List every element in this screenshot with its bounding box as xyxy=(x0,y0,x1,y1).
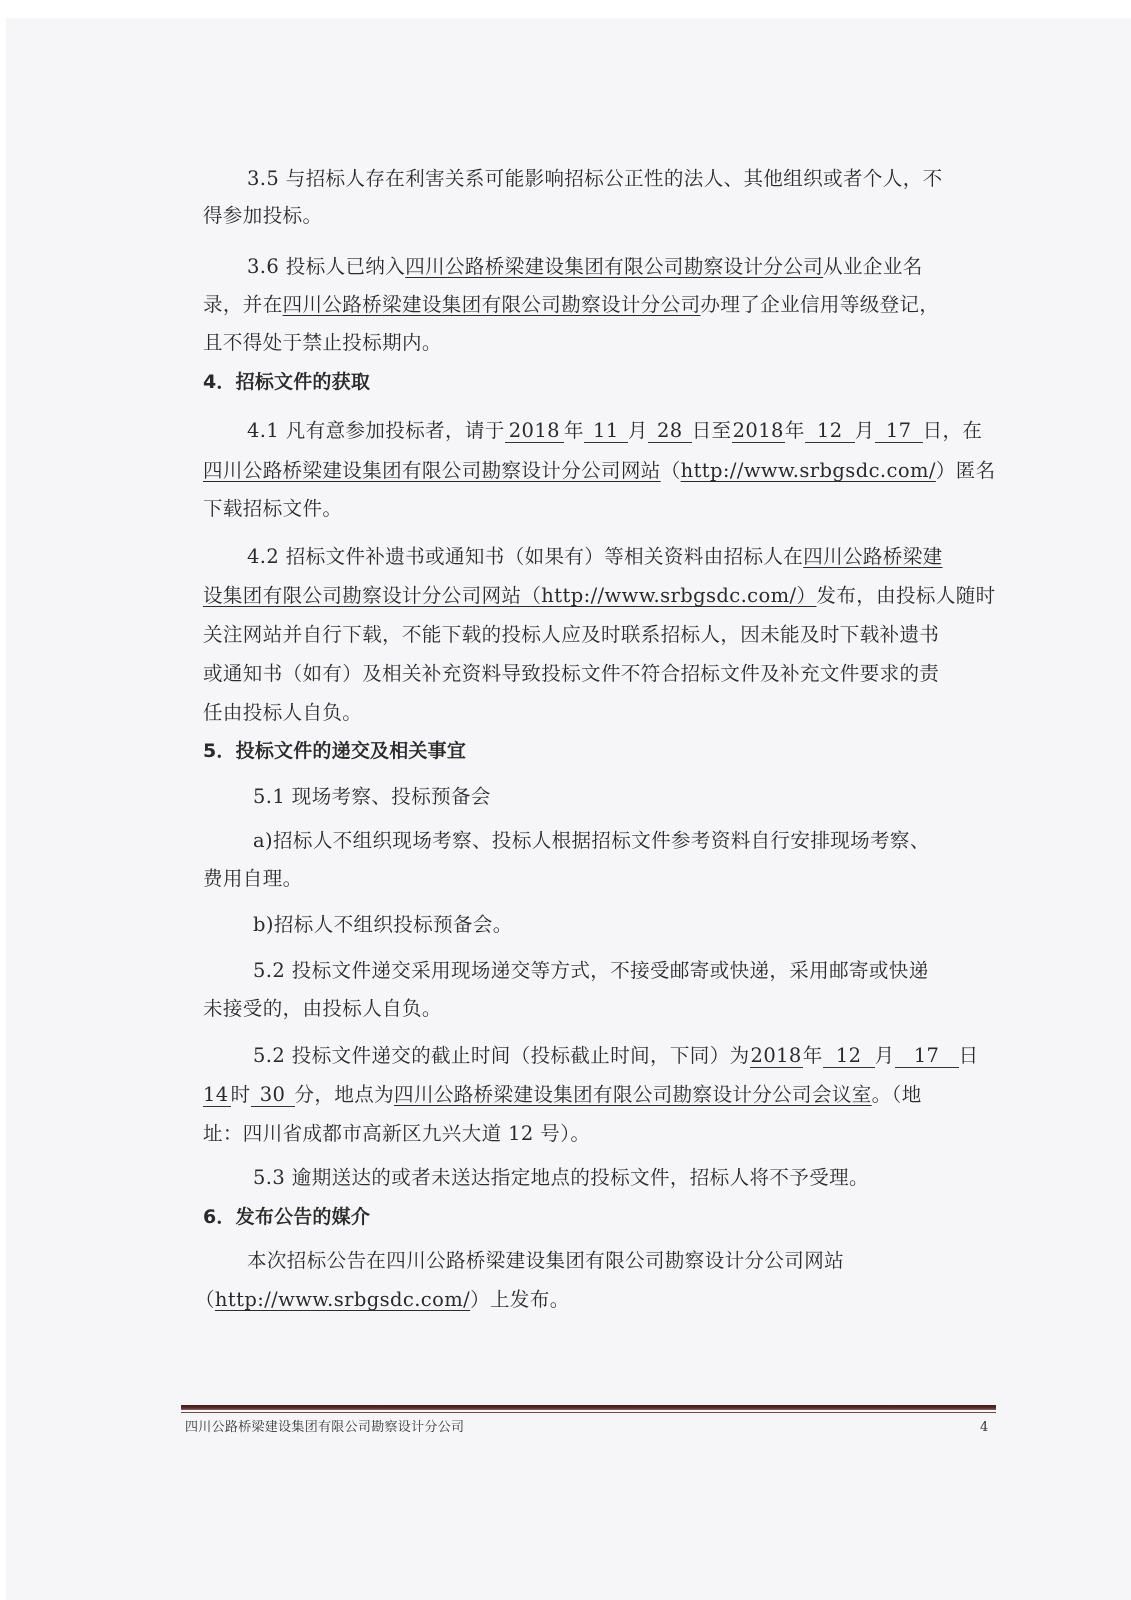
page-number: 4 xyxy=(980,1420,988,1435)
paragraph-5-1-b: b)招标人不组织投标预备会。 xyxy=(253,911,513,939)
footer-divider xyxy=(181,1405,996,1410)
text: 日至 xyxy=(692,419,732,442)
text: 发布，由投标人随时 xyxy=(816,584,995,607)
deadline-month: 12 xyxy=(823,1045,875,1068)
date-day-end: 17 xyxy=(875,420,923,443)
section-heading-5: 5．投标文件的递交及相关事宜 xyxy=(203,737,466,765)
paragraph-4-1-line-3: 下载招标文件。 xyxy=(203,495,342,523)
paragraph-4-1-line-2: 四川公路桥梁建设集团有限公司勘察设计分公司网站（http://www.srbgs… xyxy=(203,457,996,485)
text: 时 xyxy=(231,1083,251,1106)
text: 5.2 投标文件递交的截止时间（投标截止时间，下同）为 xyxy=(253,1044,750,1067)
text: （ xyxy=(661,459,681,482)
text: 4.1 凡有意参加投标者，请于 xyxy=(247,419,505,442)
deadline-minute: 30 xyxy=(251,1084,295,1107)
date-year-start: 2018 xyxy=(505,420,564,443)
company-website-name: 四川公路桥梁建 xyxy=(803,545,942,568)
text: （ xyxy=(195,1288,215,1311)
paragraph-3-6-line-3: 且不得处于禁止投标期内。 xyxy=(203,329,442,357)
text: 月 xyxy=(628,419,648,442)
paragraph-6-line-1: 本次招标公告在四川公路桥梁建设集团有限公司勘察设计分公司网站 xyxy=(247,1247,844,1275)
company-name-underlined: 四川公路桥梁建设集团有限公司勘察设计分公司 xyxy=(405,255,823,278)
date-month-start: 11 xyxy=(584,420,628,443)
footer-divider-thin xyxy=(181,1412,996,1413)
date-year-end: 2018 xyxy=(732,420,785,443)
deadline-hour: 14 xyxy=(203,1084,231,1107)
text: 月 xyxy=(875,1044,895,1067)
section-heading-6: 6．发布公告的媒介 xyxy=(203,1203,370,1231)
paragraph-4-2-line-1: 4.2 招标文件补遗书或通知书（如果有）等相关资料由招标人在四川公路桥梁建 xyxy=(247,543,943,571)
text: 从业企业名 xyxy=(823,255,923,278)
text: 录，并在 xyxy=(203,293,283,316)
paragraph-5-2-deadline-line-1: 5.2 投标文件递交的截止时间（投标截止时间，下同）为2018年12月17日 xyxy=(253,1042,978,1070)
paragraph-5-2-deadline-line-3: 址：四川省成都市高新区九兴大道 12 号）。 xyxy=(203,1120,590,1148)
company-name-underlined: 四川公路桥梁建设集团有限公司勘察设计分公司 xyxy=(283,293,701,316)
paragraph-5-1-a-line-1: a)招标人不组织现场考察、投标人根据招标文件参考资料自行安排现场考察、 xyxy=(253,827,930,855)
paragraph-5-1: 5.1 现场考察、投标预备会 xyxy=(253,783,491,811)
paragraph-4-1-line-1: 4.1 凡有意参加投标者，请于2018年11月28日至2018年12月17日，在 xyxy=(247,417,982,445)
text: 年 xyxy=(803,1044,823,1067)
text: ）上发布。 xyxy=(470,1288,570,1311)
section-heading-4: 4．招标文件的获取 xyxy=(203,368,370,396)
footer-company-name: 四川公路桥梁建设集团有限公司勘察设计分公司 xyxy=(185,1416,464,1435)
text: 分，地点为 xyxy=(295,1083,395,1106)
paragraph-3-5-line-2: 得参加投标。 xyxy=(203,202,322,230)
company-website-name: 四川公路桥梁建设集团有限公司勘察设计分公司网站 xyxy=(203,459,661,482)
date-day-start: 28 xyxy=(648,420,692,443)
text: 年 xyxy=(564,419,584,442)
paragraph-5-2-delivery-line-1: 5.2 投标文件递交采用现场递交等方式，不接受邮寄或快递，采用邮寄或快递 xyxy=(253,957,929,985)
paragraph-5-2-delivery-line-2: 未接受的，由投标人自负。 xyxy=(203,995,442,1023)
text: ）匿名 xyxy=(936,459,996,482)
paragraph-5-3: 5.3 逾期送达的或者未送达指定地点的投标文件，招标人将不予受理。 xyxy=(253,1164,869,1192)
paragraph-5-1-a-line-2: 费用自理。 xyxy=(203,865,303,893)
paragraph-3-6-line-1: 3.6 投标人已纳入四川公路桥梁建设集团有限公司勘察设计分公司从业企业名 xyxy=(247,253,923,281)
text: 。（地 xyxy=(872,1083,922,1106)
paragraph-5-2-deadline-line-2: 14时30分，地点为四川公路桥梁建设集团有限公司勘察设计分公司会议室。（地 xyxy=(203,1081,922,1109)
text: 日 xyxy=(959,1044,979,1067)
paragraph-4-2-line-5: 任由投标人自负。 xyxy=(203,699,362,727)
deadline-year: 2018 xyxy=(750,1045,803,1068)
paragraph-4-2-line-3: 关注网站并自行下载，不能下载的投标人应及时联系招标人，因未能及时下载补遗书 xyxy=(203,621,939,649)
text: 月 xyxy=(855,419,875,442)
meeting-room-location: 四川公路桥梁建设集团有限公司勘察设计分公司会议室 xyxy=(394,1083,872,1106)
text: 办理了企业信用等级登记， xyxy=(701,293,940,316)
text: 年 xyxy=(785,419,805,442)
paragraph-4-2-line-2: 设集团有限公司勘察设计分公司网站（http://www.srbgsdc.com/… xyxy=(203,582,996,610)
paragraph-3-6-line-2: 录，并在四川公路桥梁建设集团有限公司勘察设计分公司办理了企业信用等级登记， xyxy=(203,291,939,319)
paragraph-6-line-2: （http://www.srbgsdc.com/）上发布。 xyxy=(195,1286,570,1314)
website-url-link[interactable]: http://www.srbgsdc.com/ xyxy=(681,459,936,482)
website-url-link[interactable]: 设集团有限公司勘察设计分公司网站（http://www.srbgsdc.com/… xyxy=(203,584,816,607)
paragraph-3-5-line-1: 3.5 与招标人存在利害关系可能影响招标公正性的法人、其他组织或者个人，不 xyxy=(247,165,943,193)
text: 4.2 招标文件补遗书或通知书（如果有）等相关资料由招标人在 xyxy=(247,545,803,568)
deadline-day: 17 xyxy=(895,1045,959,1068)
text: 3.6 投标人已纳入 xyxy=(247,255,405,278)
text: 日，在 xyxy=(923,419,983,442)
date-month-end: 12 xyxy=(805,420,855,443)
website-url-link[interactable]: http://www.srbgsdc.com/ xyxy=(215,1288,470,1311)
paragraph-4-2-line-4: 或通知书（如有）及相关补充资料导致投标文件不符合招标文件及补充文件要求的责 xyxy=(203,660,939,688)
